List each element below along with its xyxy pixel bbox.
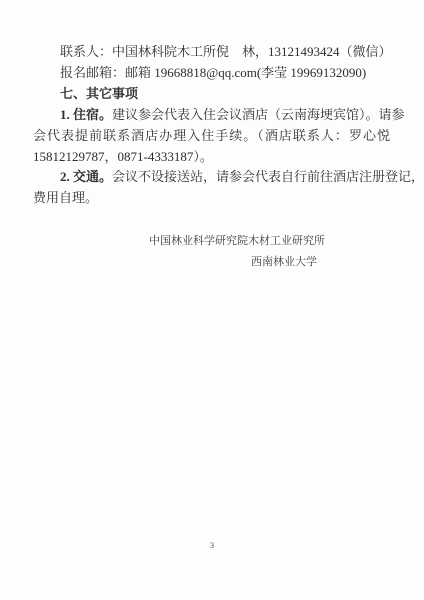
page-number: 3 xyxy=(0,540,424,550)
item2-line1-text: 会议不设接送站，请参会代表自行前往酒店注册登记， xyxy=(112,169,424,184)
item1-line3: 15812129787，0871-4333187）。 xyxy=(33,147,390,168)
item2-line1: 2. 交通。会议不设接送站，请参会代表自行前往酒店注册登记， xyxy=(33,167,390,188)
signature-block: 中国林业科学研究院木材工业研究所 西南林业大学 xyxy=(33,231,390,273)
signature-org-university: 西南林业大学 xyxy=(33,252,390,273)
section-heading: 七、其它事项 xyxy=(33,84,390,105)
item1-label: 1. 住宿。 xyxy=(60,107,112,122)
document-body: 联系人：中国林科院木工所倪 林，13121493424（微信） 报名邮箱：邮箱 … xyxy=(33,42,390,273)
item1-line1: 1. 住宿。建议参会代表入住会议酒店（云南海埂宾馆）。请参 xyxy=(33,105,390,126)
contact-line: 联系人：中国林科院木工所倪 林，13121493424（微信） xyxy=(33,42,390,63)
email-line: 报名邮箱：邮箱 19668818@qq.com(李莹 19969132090) xyxy=(33,63,390,84)
item2-label: 2. 交通。 xyxy=(60,169,112,184)
signature-org-institute: 中国林业科学研究院木材工业研究所 xyxy=(33,231,390,252)
item1-line2: 会代表提前联系酒店办理入住手续。（酒店联系人：罗心悦 xyxy=(33,126,390,147)
document-page: 联系人：中国林科院木工所倪 林，13121493424（微信） 报名邮箱：邮箱 … xyxy=(0,0,424,600)
item2-line2: 费用自理。 xyxy=(33,188,390,209)
item1-line1-text: 建议参会代表入住会议酒店（云南海埂宾馆）。请参 xyxy=(112,107,405,122)
